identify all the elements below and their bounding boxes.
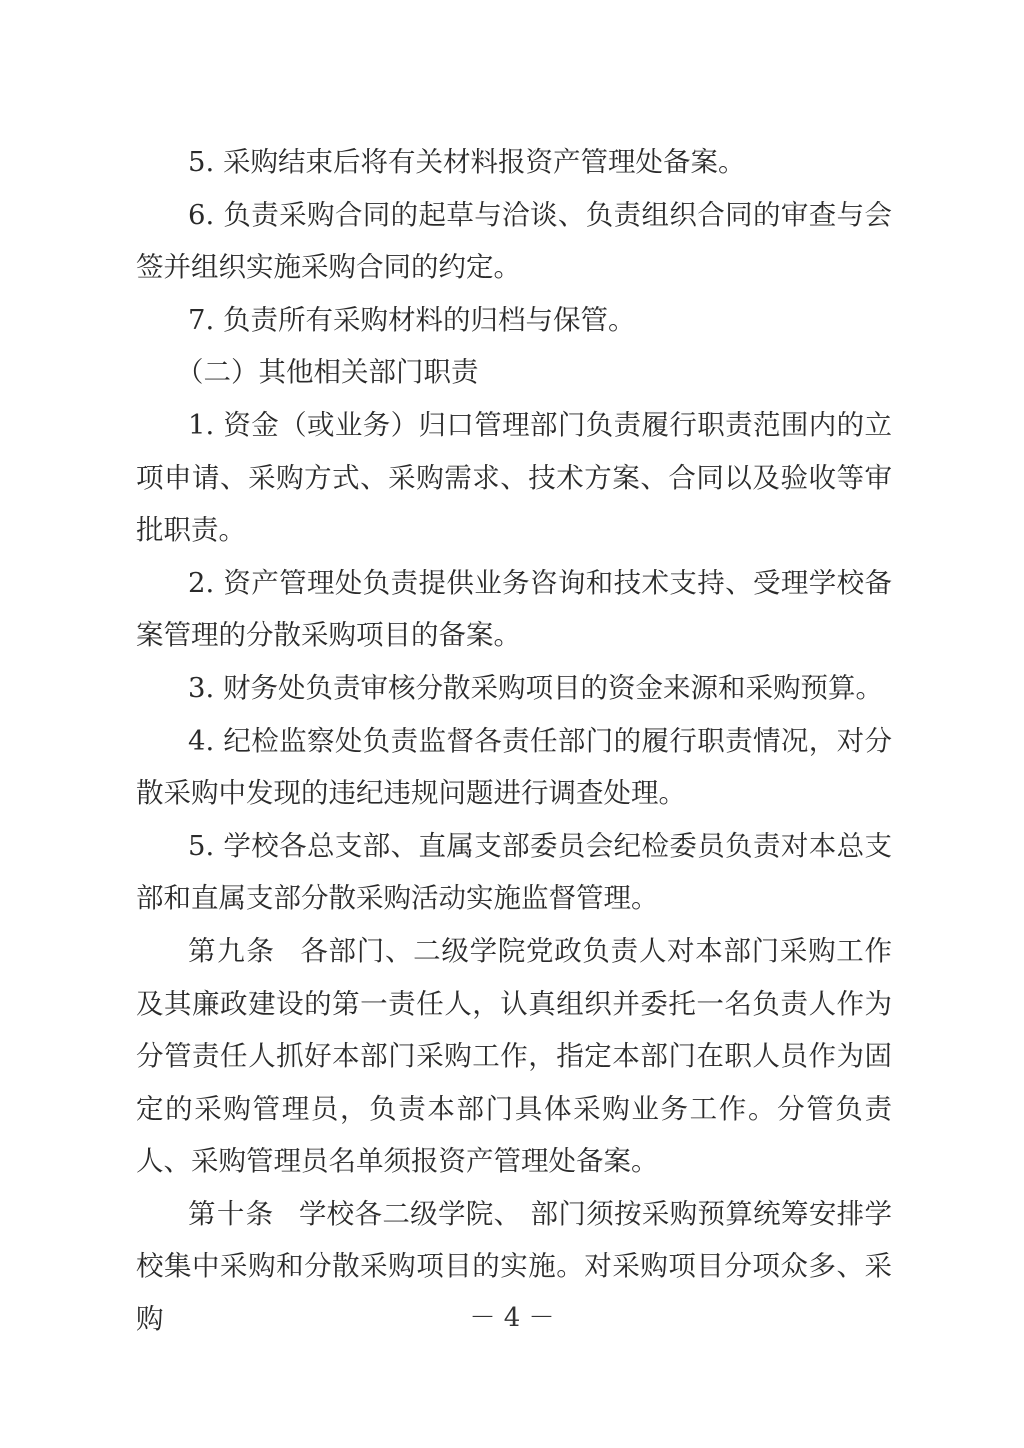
article-9: 第九条各部门、二级学院党政负责人对本部门采购工作及其廉政建设的第一责任人，认真组… — [136, 925, 892, 1188]
page-number: － 4 － — [0, 1297, 1024, 1334]
paragraph-item-7-archiving: 7. 负责所有采购材料的归档与保管。 — [136, 294, 892, 347]
article-9-text: 各部门、二级学院党政负责人对本部门采购工作及其廉政建设的第一责任人，认真组织并委… — [136, 935, 892, 1177]
paragraph-item-6-contracts: 6. 负责采购合同的起草与洽谈、负责组织合同的审查与会签并组织实施采购合同的约定… — [136, 189, 892, 294]
document-body: 5. 采购结束后将有关材料报资产管理处备案。 6. 负责采购合同的起草与洽谈、负… — [136, 136, 892, 1346]
section-heading-other-departments: （二）其他相关部门职责 — [136, 346, 892, 399]
paragraph-item-5-filing: 5. 采购结束后将有关材料报资产管理处备案。 — [136, 136, 892, 189]
paragraph-item-4-discipline-office: 4. 纪检监察处负责监督各责任部门的履行职责情况，对分散采购中发现的违纪违规问题… — [136, 715, 892, 820]
article-9-label: 第九条 — [188, 935, 276, 967]
paragraph-item-2-asset-office: 2. 资产管理处负责提供业务咨询和技术支持、受理学校备案管理的分散采购项目的备案… — [136, 557, 892, 662]
article-10-label: 第十条 — [188, 1198, 275, 1230]
paragraph-item-1-funding-dept: 1. 资金（或业务）归口管理部门负责履行职责范围内的立项申请、采购方式、采购需求… — [136, 399, 892, 557]
paragraph-item-5-branch-committees: 5. 学校各总支部、直属支部委员会纪检委员负责对本总支部和直属支部分散采购活动实… — [136, 820, 892, 925]
paragraph-item-3-finance-office: 3. 财务处负责审核分散采购项目的资金来源和采购预算。 — [136, 662, 892, 715]
